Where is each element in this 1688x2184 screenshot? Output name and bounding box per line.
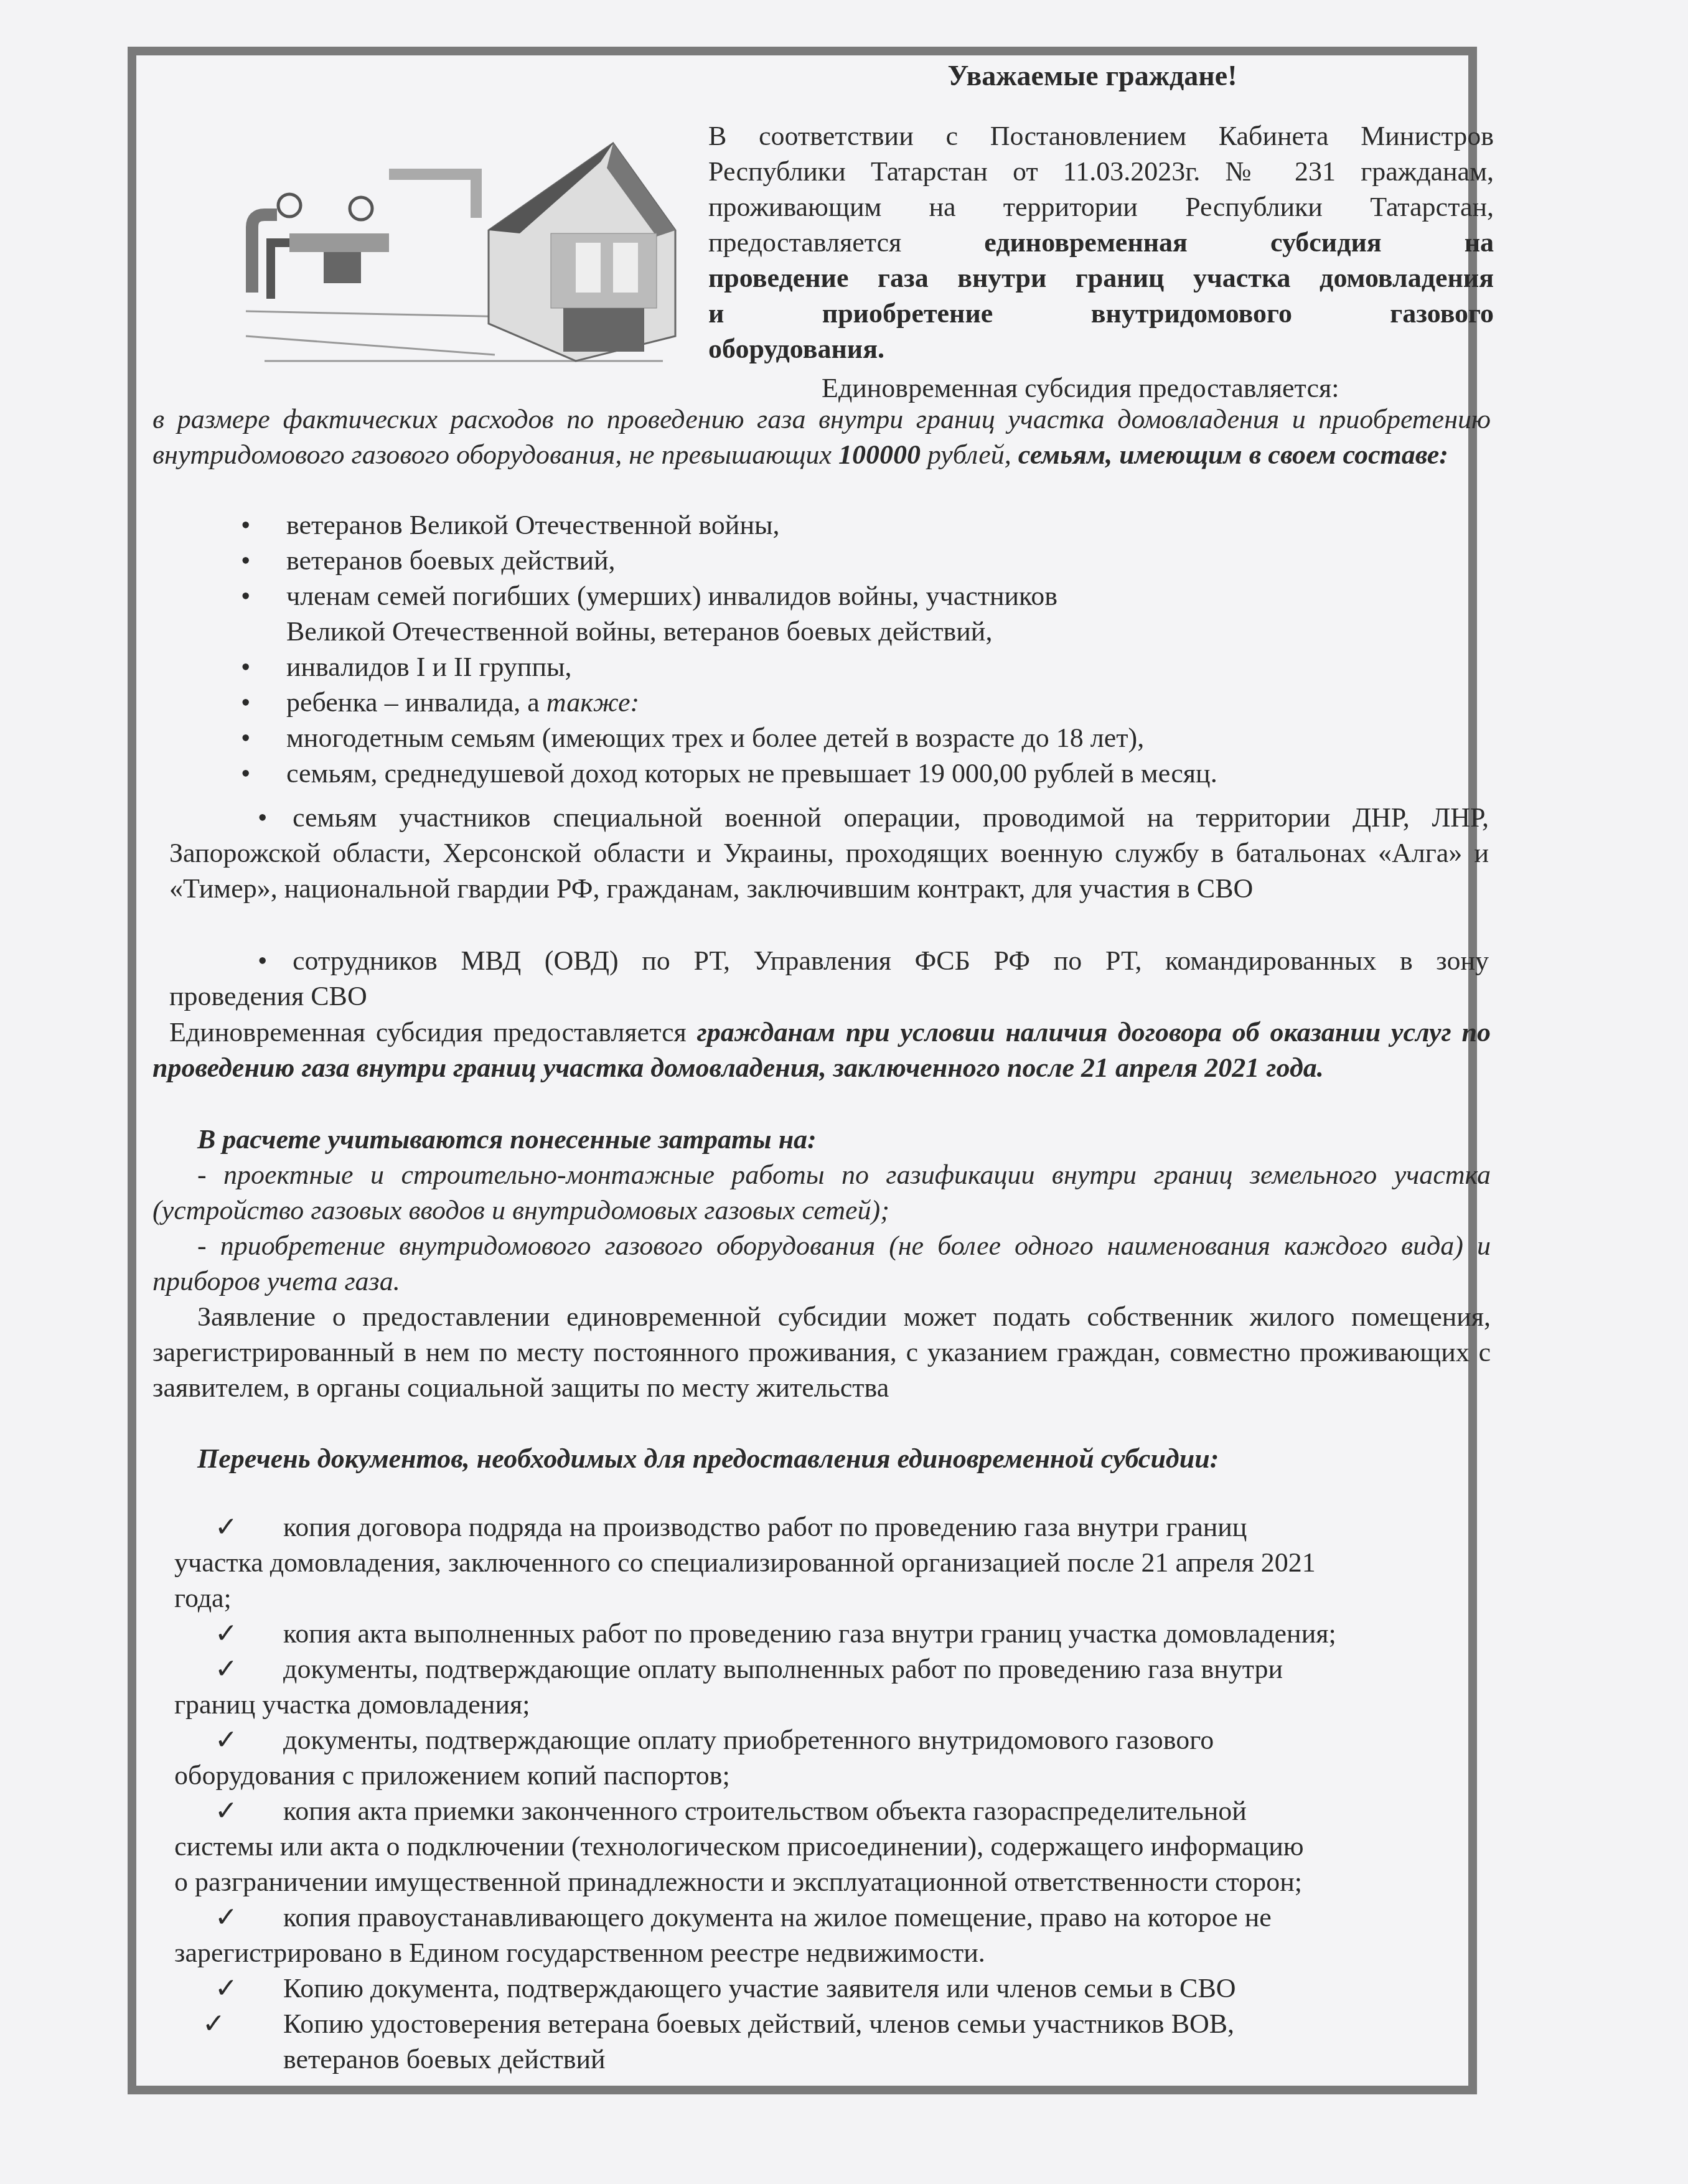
list-item: •ребенка – инвалида, а также: [152,685,1491,720]
documents-list: ✓копия договора подряда на производство … [174,1509,1488,2077]
bullet-icon: • [241,578,250,614]
check-icon: ✓ [215,1651,238,1687]
application-paragraph: Заявление о предоставлении единовременно… [152,1299,1491,1405]
bullet-icon: • [241,507,250,543]
list-item: •членам семей погибших (умерших) инвалид… [152,578,1491,649]
bullet-icon: • [241,649,250,685]
list-item: ✓копия договора подряда на производство … [174,1509,1488,1616]
svo-group-2: •сотрудников МВД (ОВД) по РТ, Управления… [169,943,1489,1014]
check-icon: ✓ [215,1722,238,1758]
list-item: ✓копия правоустанавливающего документа н… [174,1900,1488,1971]
bullet-icon: • [241,685,250,720]
house-gas-pipeline-illustration [227,93,688,367]
list-item: ✓документы, подтверждающие оплату приобр… [174,1722,1488,1793]
check-icon: ✓ [215,1900,238,1935]
svo-group-1: •семьям участников специальной военной о… [169,800,1489,906]
check-icon: ✓ [215,1793,238,1829]
page-title: Уважаемые граждане! [685,59,1500,92]
list-item: •многодетным семьям (имеющих трех и боле… [152,720,1491,756]
eligible-groups-list: •ветеранов Великой Отечественной войны, … [152,507,1491,791]
condition-paragraph: Единовременная субсидия предоставляется … [152,1015,1491,1085]
subsidy-heading: Единовременная субсидия предоставляется: [822,370,1339,406]
list-item: •ветеранов боевых действий, [152,543,1491,578]
list-item: •инвалидов I и II группы, [152,649,1491,685]
bullet-icon: • [258,800,267,835]
bullet-icon: • [258,943,267,978]
list-item: ✓Копию документа, подтверждающего участи… [174,1971,1488,2006]
list-item: •ветеранов Великой Отечественной войны, [152,507,1491,543]
check-icon: ✓ [215,1509,238,1545]
check-icon: ✓ [202,2006,225,2041]
list-item: ✓копия акта выполненных работ по проведе… [174,1616,1488,1651]
subsidy-terms: в размере фактических расходов по провед… [152,401,1491,472]
costs-section: В расчете учитываются понесенные затраты… [152,1122,1491,1299]
list-item: ✓документы, подтверждающие оплату выполн… [174,1651,1488,1722]
check-icon: ✓ [215,1616,238,1651]
list-item: ✓копия акта приемки законченного строите… [174,1793,1488,1900]
intro-paragraph: В соответствии с Постановлением Кабинета… [708,118,1494,367]
bullet-icon: • [241,756,250,791]
bullet-icon: • [241,543,250,578]
list-item: •семьям, среднедушевой доход которых не … [152,756,1491,791]
documents-heading: Перечень документов, необходимых для пре… [197,1441,1536,1476]
check-icon: ✓ [215,1971,238,2006]
bullet-icon: • [241,720,250,756]
list-item: ✓Копию удостоверения ветерана боевых дей… [174,2006,1488,2077]
